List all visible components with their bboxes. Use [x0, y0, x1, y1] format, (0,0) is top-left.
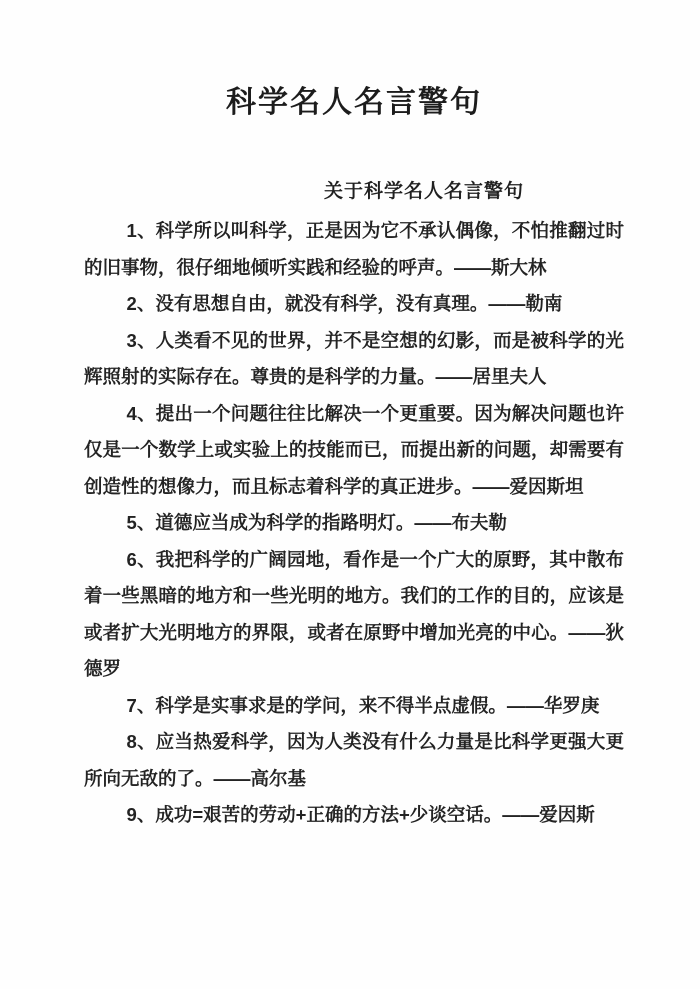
quote-paragraph-2: 2、没有思想自由，就没有科学，没有真理。——勒南: [84, 286, 624, 323]
document-subtitle: 关于科学名人名言警句: [84, 173, 624, 210]
quote-paragraph-3: 3、人类看不见的世界，并不是空想的幻影，而是被科学的光辉照射的实际存在。尊贵的是…: [84, 323, 624, 396]
quote-paragraph-8: 8、应当热爱科学，因为人类没有什么力量是比科学更强大更所向无敌的了。——高尔基: [84, 724, 624, 797]
document-page: 科学名人名言警句 关于科学名人名言警句 1、科学所以叫科学，正是因为它不承认偶像…: [0, 0, 700, 989]
quote-paragraph-5: 5、道德应当成为科学的指路明灯。——布夫勒: [84, 505, 624, 542]
document-title: 科学名人名言警句: [84, 0, 624, 124]
document-body: 1、科学所以叫科学，正是因为它不承认偶像，不怕推翻过时的旧事物，很仔细地倾听实践…: [84, 213, 624, 834]
quote-paragraph-6: 6、我把科学的广阔园地，看作是一个广大的原野，其中散布着一些黑暗的地方和一些光明…: [84, 542, 624, 688]
quote-paragraph-4: 4、提出一个问题往往比解决一个更重要。因为解决问题也许仅是一个数学上或实验上的技…: [84, 396, 624, 506]
quote-paragraph-1: 1、科学所以叫科学，正是因为它不承认偶像，不怕推翻过时的旧事物，很仔细地倾听实践…: [84, 213, 624, 286]
quote-paragraph-7: 7、科学是实事求是的学问，来不得半点虚假。——华罗庚: [84, 688, 624, 725]
quote-paragraph-9: 9、成功=艰苦的劳动+正确的方法+少谈空话。——爱因斯: [84, 797, 624, 834]
